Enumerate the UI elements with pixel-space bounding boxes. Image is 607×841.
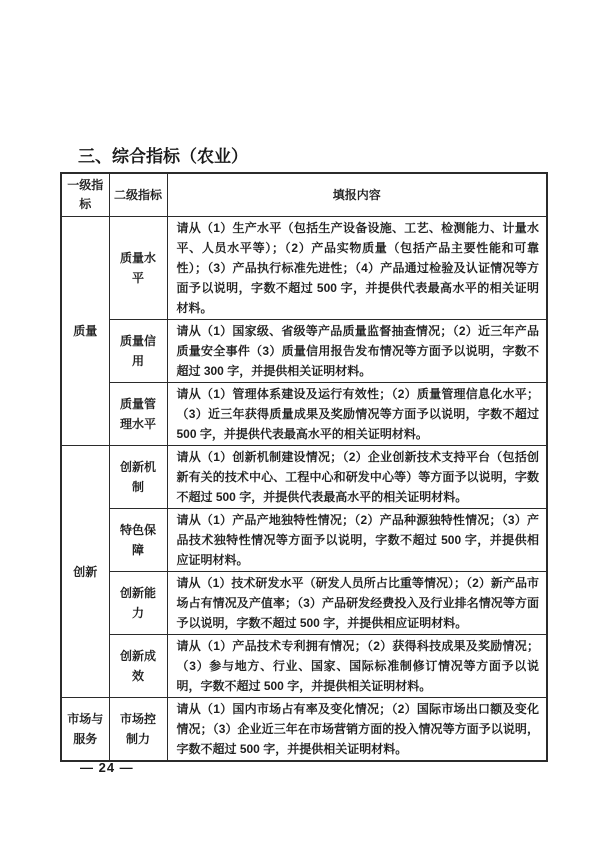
table-row: 市场与服务 市场控制力 请从（1）国内市场占有率及变化情况；（2）国际市场出口额… (61, 698, 547, 762)
header-fill-content: 填报内容 (167, 173, 547, 217)
level2-cell: 市场控制力 (109, 698, 167, 762)
content-cell: 请从（1）生产水平（包括生产设备设施、工艺、检测能力、计量水平、人员水平等）；（… (167, 217, 547, 320)
table-row: 创新成效 请从（1）产品技术专利拥有情况；（2）获得科技成果及奖励情况；（3）参… (61, 635, 547, 698)
level1-cell-innovation: 创新 (61, 446, 109, 698)
content-cell: 请从（1）创新机制建设情况；（2）企业创新技术支持平台（包括创新有关的技术中心、… (167, 446, 547, 509)
content-cell: 请从（1）国内市场占有率及变化情况；（2）国际市场出口额及变化情况；（3）企业近… (167, 698, 547, 762)
table-row: 特色保障 请从（1）产品产地独特性情况；（2）产品种源独特性情况；（3）产品技术… (61, 509, 547, 572)
level2-cell: 创新机制 (109, 446, 167, 509)
header-level1-indicator: 一级指标 (61, 173, 109, 217)
content-cell: 请从（1）国家级、省级等产品质量监督抽查情况；（2）近三年产品质量安全事件（3）… (167, 320, 547, 383)
table-row: 质量管理水平 请从（1）管理体系建设及运行有效性；（2）质量管理信息化水平；（3… (61, 383, 547, 446)
content-cell: 请从（1）产品技术专利拥有情况；（2）获得科技成果及奖励情况；（3）参与地方、行… (167, 635, 547, 698)
table-row: 创新 创新机制 请从（1）创新机制建设情况；（2）企业创新技术支持平台（包括创新… (61, 446, 547, 509)
table-row: 质量信用 请从（1）国家级、省级等产品质量监督抽查情况；（2）近三年产品质量安全… (61, 320, 547, 383)
level2-cell: 特色保障 (109, 509, 167, 572)
header-level2-indicator: 二级指标 (109, 173, 167, 217)
level1-cell-market-service: 市场与服务 (61, 698, 109, 762)
content-cell: 请从（1）管理体系建设及运行有效性；（2）质量管理信息化水平；（3）近三年获得质… (167, 383, 547, 446)
indicator-table: 一级指标 二级指标 填报内容 质量 质量水平 请从（1）生产水平（包括生产设备设… (60, 172, 548, 762)
section-title: 三、综合指标（农业） (78, 142, 248, 167)
table-row: 创新能力 请从（1）技术研发水平（研发人员所占比重等情况）；（2）新产品市场占有… (61, 572, 547, 635)
content-cell: 请从（1）产品产地独特性情况；（2）产品种源独特性情况；（3）产品技术独特性情况… (167, 509, 547, 572)
level2-cell: 质量信用 (109, 320, 167, 383)
level1-cell-quality: 质量 (61, 217, 109, 446)
level2-cell: 质量管理水平 (109, 383, 167, 446)
table-row: 质量 质量水平 请从（1）生产水平（包括生产设备设施、工艺、检测能力、计量水平、… (61, 217, 547, 320)
level2-cell: 创新能力 (109, 572, 167, 635)
page-number: — 24 — (80, 760, 134, 775)
level2-cell: 质量水平 (109, 217, 167, 320)
level2-cell: 创新成效 (109, 635, 167, 698)
table-header-row: 一级指标 二级指标 填报内容 (61, 173, 547, 217)
document-page: 三、综合指标（农业） 一级指标 二级指标 填报内容 质量 质量水平 请从（1）生… (0, 0, 607, 841)
content-cell: 请从（1）技术研发水平（研发人员所占比重等情况）；（2）新产品市场占有情况及产值… (167, 572, 547, 635)
